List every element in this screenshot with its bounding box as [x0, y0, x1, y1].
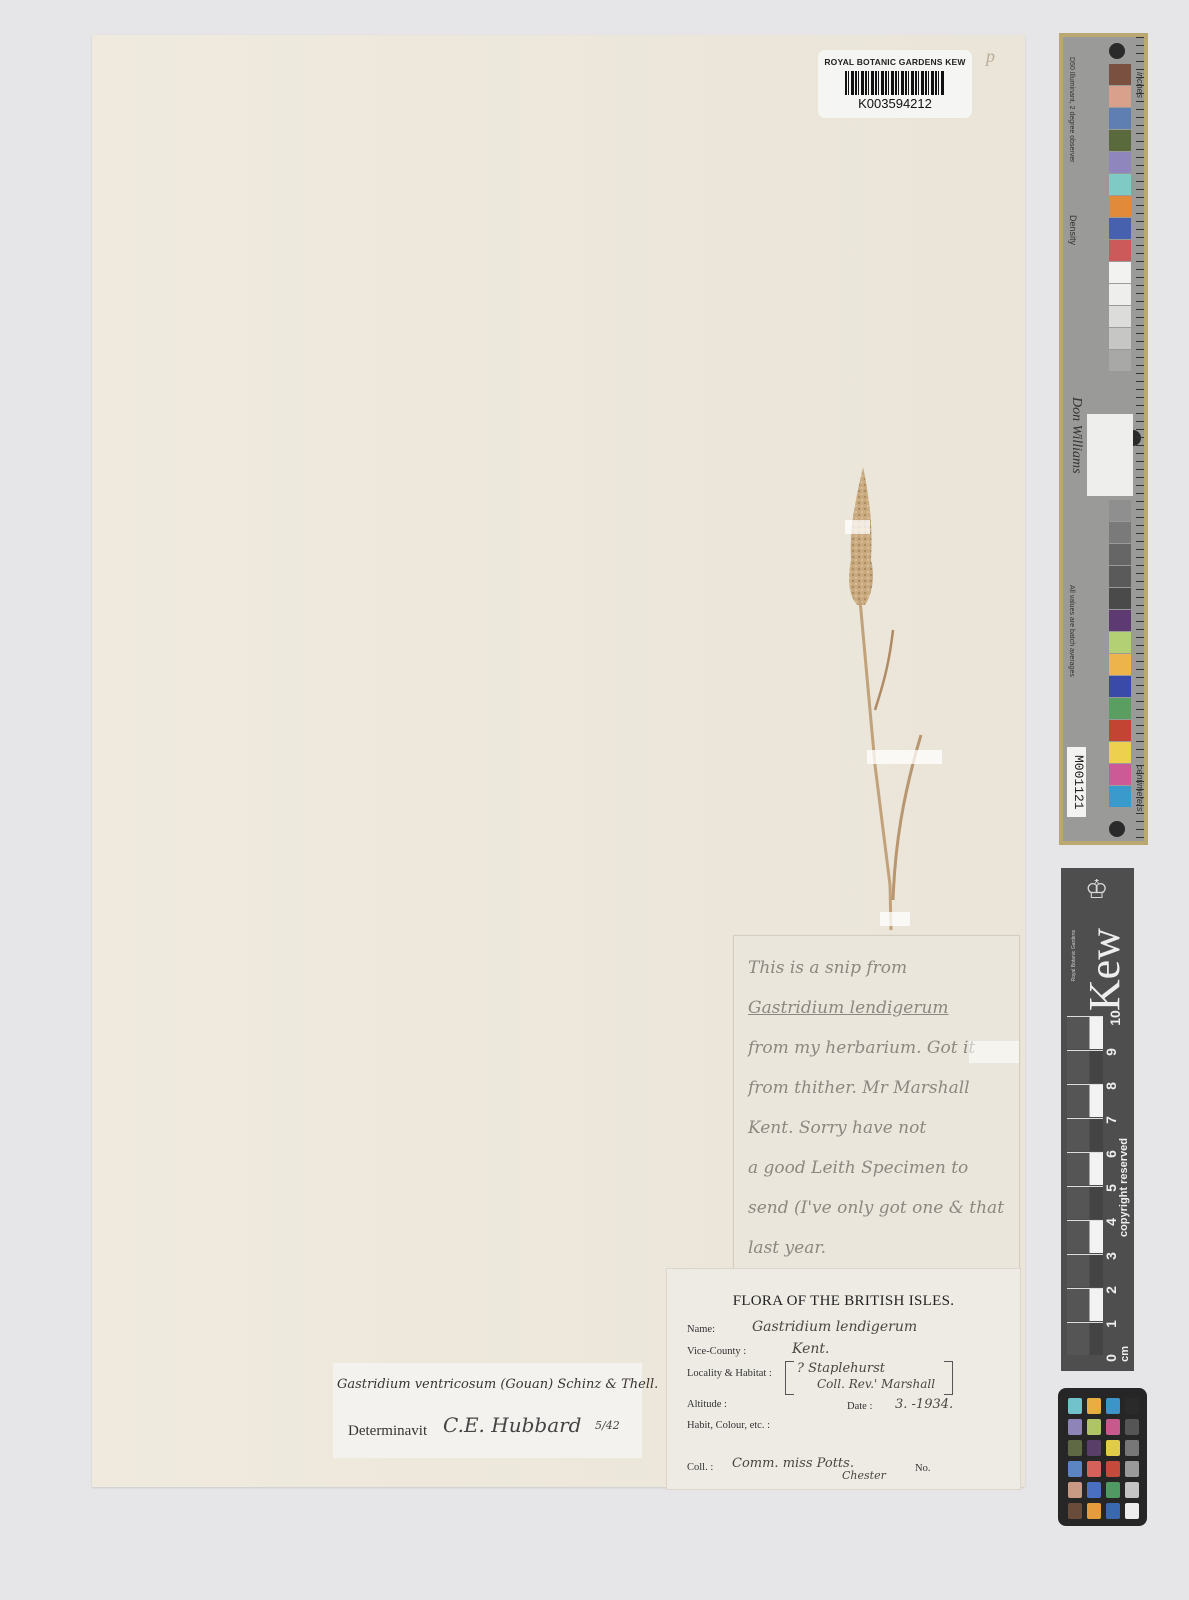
colour-patch [1109, 720, 1131, 741]
barcode-icon [845, 71, 945, 95]
colour-swatch [1125, 1398, 1139, 1414]
institution-name: ROYAL BOTANIC GARDENS KEW [818, 57, 972, 67]
scale-segment [1067, 1084, 1103, 1117]
colour-patch [1109, 218, 1131, 239]
scale-segment [1067, 1016, 1103, 1049]
ruler-brand: Don Williams [1068, 397, 1084, 474]
colour-patch [1109, 654, 1131, 675]
scale-tick-label: 3 [1103, 1252, 1119, 1260]
scale-segment [1067, 1254, 1103, 1287]
name-value: Gastridium lendigerum [752, 1319, 917, 1335]
colour-patch [1109, 196, 1131, 217]
determiner-signature: C.E. Hubbard [443, 1413, 581, 1437]
colour-patch [1109, 64, 1131, 85]
kew-scale-bar: ♔ Kew Royal Botanic Gardens copyright re… [1061, 868, 1134, 1371]
colour-swatch [1068, 1440, 1082, 1456]
habit-label: Habit, Colour, etc. : [687, 1420, 770, 1431]
colour-checker-card [1058, 1388, 1147, 1526]
bracket-right [944, 1361, 953, 1395]
colour-patch [1109, 500, 1131, 521]
colour-patch [1109, 306, 1131, 327]
colour-patch [1109, 284, 1131, 305]
note-line: from thither. Mr Marshall [748, 1078, 970, 1098]
colour-swatch [1087, 1482, 1101, 1498]
colour-swatch [1106, 1419, 1120, 1435]
corner-annotation: p [986, 46, 995, 67]
scale-segment [1067, 1186, 1103, 1219]
note-line: Kent. Sorry have not [748, 1118, 926, 1138]
cm-scale [1067, 1016, 1103, 1358]
colour-patch [1109, 610, 1131, 631]
vice-county-value: Kent. [792, 1341, 829, 1357]
colour-swatch [1087, 1503, 1101, 1519]
illuminant-note: D50 Illuminant, 2 degree observer [1068, 57, 1075, 162]
colour-patch [1109, 328, 1131, 349]
scale-tick-label: 7 [1103, 1116, 1119, 1124]
colour-patch [1109, 262, 1131, 283]
colour-swatch [1068, 1461, 1082, 1477]
name-label: Name: [687, 1324, 715, 1335]
colour-swatch [1068, 1398, 1082, 1414]
kew-logo: Kew [1079, 928, 1130, 1011]
scale-tick-label: 5 [1103, 1184, 1119, 1192]
determinavit-text: Determinavit [348, 1423, 427, 1440]
collector-note: Coll. Rev.' Marshall [817, 1377, 935, 1391]
batch-note: All values are batch averages [1068, 585, 1075, 677]
colour-swatch [1106, 1440, 1120, 1456]
colour-swatch [1068, 1482, 1082, 1498]
colour-patch [1109, 240, 1131, 261]
colour-swatch [1125, 1461, 1139, 1477]
colour-patch [1109, 108, 1131, 129]
colour-patch [1109, 544, 1131, 565]
coll-label: Coll. : [687, 1462, 713, 1473]
colour-patch [1109, 522, 1131, 543]
note-line: Gastridium lendigerum [748, 998, 949, 1018]
colour-swatch [1068, 1503, 1082, 1519]
note-line: last year. [748, 1238, 826, 1258]
note-line: from my herbarium. Got it [748, 1038, 975, 1058]
coll-value: Comm. miss Potts. [732, 1456, 854, 1471]
colour-patch [1109, 786, 1131, 807]
scale-segment [1067, 1152, 1103, 1185]
locality-value: ? Staplehurst [797, 1361, 885, 1376]
flora-label: FLORA OF THE BRITISH ISLES. Name: Gastri… [666, 1268, 1021, 1490]
grass-specimen [845, 465, 955, 935]
note-line: send (I've only got one & that [748, 1198, 1004, 1218]
colour-patch [1109, 632, 1131, 653]
barcode-number: K003594212 [818, 96, 972, 111]
ruler-hole-icon [1109, 821, 1125, 837]
royal-crest-icon: ♔ [1085, 874, 1108, 905]
colour-swatch [1087, 1461, 1101, 1477]
colour-swatch [1125, 1440, 1139, 1456]
note-line: a good Leith Specimen to [748, 1158, 968, 1178]
colour-patch [1109, 130, 1131, 151]
altitude-label: Altitude : [687, 1399, 727, 1410]
mounting-tape [969, 1041, 1019, 1063]
mounting-tape [867, 750, 942, 764]
colour-swatch [1068, 1419, 1082, 1435]
barcode-label: ROYAL BOTANIC GARDENS KEW K003594212 [818, 50, 972, 118]
unit-label: cm [1119, 1346, 1131, 1362]
scale-tick-label: 2 [1103, 1286, 1119, 1294]
colour-swatch [1106, 1461, 1120, 1477]
scale-tick-label: 4 [1103, 1218, 1119, 1226]
flora-title: FLORA OF THE BRITISH ISLES. [667, 1293, 1020, 1310]
ruler-ticks [1136, 37, 1144, 841]
date-label: Date : [847, 1401, 872, 1412]
colour-patch [1109, 350, 1131, 371]
coll-place: Chester [842, 1469, 886, 1482]
colour-patch [1109, 764, 1131, 785]
colour-patch [1109, 566, 1131, 587]
kew-subtitle: Royal Botanic Gardens [1071, 930, 1077, 981]
colour-swatch [1106, 1503, 1120, 1519]
scale-segment [1067, 1050, 1103, 1083]
ruler-hole-icon [1109, 43, 1125, 59]
mounting-tape [845, 520, 870, 534]
colour-swatch [1087, 1398, 1101, 1414]
resolution-target [1087, 414, 1133, 496]
colour-patch [1109, 676, 1131, 697]
mounting-tape [880, 912, 910, 926]
scale-tick-label: 6 [1103, 1150, 1119, 1158]
scale-segment [1067, 1220, 1103, 1253]
scale-tick-label: 9 [1103, 1048, 1119, 1056]
colour-patch [1109, 742, 1131, 763]
colour-swatch [1125, 1503, 1139, 1519]
colour-patches-top [1109, 64, 1131, 372]
colour-swatch [1106, 1482, 1120, 1498]
ruler-code: M001121 [1067, 747, 1086, 817]
note-line: This is a snip from [748, 958, 907, 978]
vice-county-label: Vice-County : [687, 1346, 746, 1357]
scale-tick-label: 10 [1107, 1010, 1123, 1026]
density-label: Density [1068, 215, 1078, 245]
locality-label: Locality & Habitat : [687, 1368, 772, 1379]
determined-species: Gastridium ventricosum (Gouan) Schinz & … [337, 1377, 658, 1392]
scale-segment [1067, 1322, 1103, 1355]
colour-swatch [1087, 1419, 1101, 1435]
scale-tick-label: 0 [1103, 1354, 1119, 1362]
determination-date: 5/42 [595, 1419, 620, 1432]
date-value: 3. -1934. [895, 1397, 953, 1412]
colour-calibration-ruler: D50 Illuminant, 2 degree observer Densit… [1059, 33, 1148, 845]
copyright-text: copyright reserved [1118, 1138, 1130, 1237]
scale-segment [1067, 1288, 1103, 1321]
colour-swatch [1106, 1398, 1120, 1414]
determinavit-label: Gastridium ventricosum (Gouan) Schinz & … [333, 1363, 642, 1458]
colour-patch [1109, 86, 1131, 107]
scale-segment [1067, 1118, 1103, 1151]
colour-swatch [1125, 1419, 1139, 1435]
handwritten-note: This is a snip from Gastridium lendigeru… [733, 935, 1020, 1282]
scale-tick-label: 1 [1103, 1320, 1119, 1328]
colour-swatch [1087, 1440, 1101, 1456]
colour-swatch [1125, 1482, 1139, 1498]
colour-patch [1109, 698, 1131, 719]
colour-patch [1109, 174, 1131, 195]
number-label: No. [915, 1463, 930, 1474]
colour-patches-bottom [1109, 500, 1131, 808]
colour-patch [1109, 588, 1131, 609]
scale-tick-label: 8 [1103, 1082, 1119, 1090]
bracket-left [785, 1361, 794, 1395]
colour-patch [1109, 152, 1131, 173]
